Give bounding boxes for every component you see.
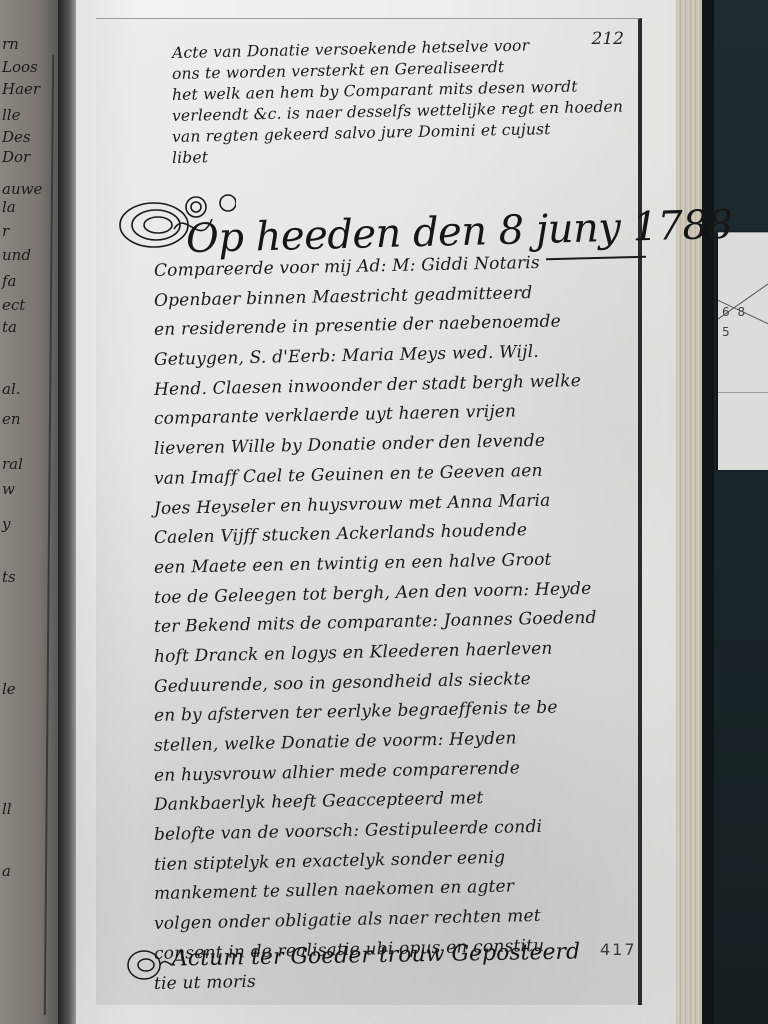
left-page-text: ts xyxy=(2,568,16,586)
book-cover-edge xyxy=(700,0,714,1024)
signature-flourish-icon xyxy=(124,941,174,985)
left-page-text: rn xyxy=(2,35,19,53)
left-page-text: ect xyxy=(2,296,25,314)
left-page-text: ta xyxy=(2,318,17,336)
background-note-card: 6 8 5 xyxy=(718,232,768,470)
left-page-text: Des xyxy=(2,128,31,146)
left-page-text: fa xyxy=(2,272,17,290)
note-card-numbers: 6 8 5 xyxy=(722,302,747,342)
left-page-text: r xyxy=(2,222,9,240)
left-page-text: Dor xyxy=(2,148,30,166)
opening-paragraph: Acte van Donatie versoekende hetselve vo… xyxy=(172,43,642,169)
left-page-text: en xyxy=(2,410,21,428)
left-page-text: w xyxy=(2,480,15,498)
page-edges xyxy=(672,0,702,1024)
left-page-text: a xyxy=(2,862,11,880)
closing-text: Actum ter Goeder trouw Geposteerd xyxy=(172,939,581,971)
left-page-text: Haer xyxy=(2,80,40,98)
left-page-text: la xyxy=(2,198,16,216)
left-page-text: lle xyxy=(2,106,20,124)
closing-signature: Actum ter Goeder trouw Geposteerd xyxy=(124,937,644,987)
left-page-text: Loos xyxy=(2,58,38,76)
left-page-margin-rule xyxy=(44,55,54,1015)
left-page-text: al. xyxy=(2,380,21,398)
deed-body: Compareerde voor mij Ad: M: Giddi Notari… xyxy=(154,257,634,999)
photo-scene: 6 8 5 rn Loos Haer lle Des Dor auwe la r… xyxy=(0,0,768,1024)
left-page-text: auwe xyxy=(2,180,42,198)
archive-stamp-number: 417 xyxy=(600,940,637,959)
left-page-text: ral xyxy=(2,455,23,473)
left-page-text: le xyxy=(2,680,16,698)
left-page-text: und xyxy=(2,246,31,264)
left-page-text: y xyxy=(2,515,10,533)
manuscript-sheet: 212 Acte van Donatie versoekende hetselv… xyxy=(96,18,642,1005)
left-page-text: ll xyxy=(2,800,12,818)
